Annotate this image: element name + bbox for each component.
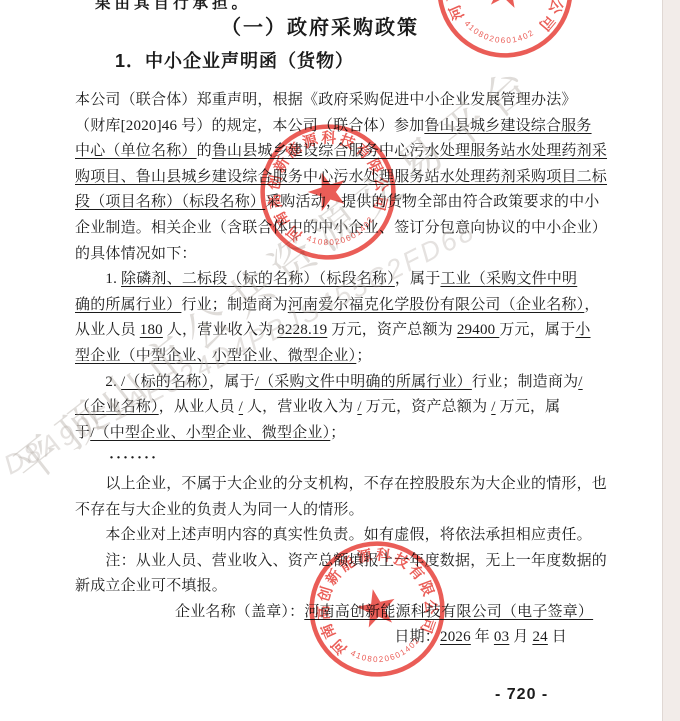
static-text: 本公司（联合体）郑重声明，根据《政府采购促进中小企业发展管理办法》: [75, 92, 577, 108]
filled-field-text: 中心（单位名称）: [75, 143, 197, 159]
static-text: ；: [330, 425, 345, 441]
static-text: 年: [471, 629, 494, 645]
document-page: 平顶山市公共资源交易平台 D8A90E1AE524D4PBJS455C2FD68…: [0, 0, 680, 721]
body-line: 于/（中型企业、小型企业、微型企业）；: [75, 421, 567, 447]
filled-field-text: 除磷剂、二标段（标的名称）（标段名称）: [121, 271, 395, 287]
static-text: 于: [75, 425, 90, 441]
static-text: 2.: [75, 374, 121, 390]
filled-field-text: 180: [140, 322, 163, 338]
filled-field-text: （企业名称）: [75, 399, 159, 415]
body-line: 以上企业，不属于大企业的分支机构，不存在控股股东为大企业的情形，也: [75, 472, 567, 498]
filled-field-text: /（标的名称）: [121, 374, 209, 390]
filled-field-text: 段（项目名称）（标段名称）: [75, 194, 265, 210]
star-icon: [303, 167, 351, 214]
static-text: 行业；制造商为: [472, 374, 578, 390]
star-icon: [484, 0, 527, 9]
filled-field-text: /: [578, 374, 582, 390]
static-text: 不存在与大企业的负责人为同一人的情形。: [75, 502, 364, 518]
body-line: 本公司（联合体）郑重声明，根据《政府采购促进中小企业发展管理办法》: [75, 88, 567, 114]
static-text: 万元，资产总额为: [362, 399, 492, 415]
static-text: 月: [509, 629, 532, 645]
seal-number-text: 4108020601402: [303, 213, 380, 256]
static-text: 万元，属: [496, 399, 561, 415]
static-text: 从业人员: [75, 322, 140, 338]
star-icon: [354, 585, 399, 629]
filled-field-text: 工业（采购文件中明: [440, 271, 577, 287]
body-line: 型企业（中型企业、小型企业、微型企业）；: [75, 344, 567, 370]
static-text: 行业；制造商为: [181, 297, 287, 313]
body-line: 从业人员 180 人，营业收入为 8228.19 万元，资产总额为 29400 …: [75, 318, 567, 344]
static-text: ；: [356, 348, 371, 364]
filled-field-text: 29400: [457, 322, 499, 338]
static-text: 1.: [75, 271, 121, 287]
filled-field-text: /（中型企业、小型企业、微型企业）: [90, 425, 330, 441]
company-seal-top: 河南高创新能源科技有限公司4108020601402: [419, 0, 591, 76]
body-line: （企业名称），从业人员 / 人，营业收入为 / 万元，资产总额为 / 万元，属: [75, 395, 567, 421]
static-text: ，属于: [395, 271, 441, 287]
body-line: 确的所属行业）行业；制造商为河南爱尔福克化学股份有限公司（企业名称），: [75, 293, 567, 319]
static-text: 新成立企业可不填报。: [75, 578, 227, 594]
filled-field-text: 24: [532, 629, 547, 645]
static-text: ·······: [75, 450, 158, 466]
static-text: ，: [584, 297, 599, 313]
static-text: 以上企业，不属于大企业的分支机构，不存在控股股东为大企业的情形，也: [75, 476, 607, 492]
static-text: 人，营业收入为: [243, 399, 357, 415]
filled-field-text: 确的所属行业）: [75, 297, 181, 313]
body-line: 2. /（标的名称），属于/（采购文件中明确的所属行业）行业；制造商为/: [75, 370, 567, 396]
static-text: 日: [548, 629, 567, 645]
filled-field-text: 型企业（中型企业、小型企业、微型企业）: [75, 348, 356, 364]
viewer-right-gutter: [662, 0, 680, 721]
body-line: 不存在与大企业的负责人为同一人的情形。: [75, 498, 567, 524]
static-text: 企业名称（盖章）：: [175, 604, 304, 620]
static-text: ，从业人员: [159, 399, 239, 415]
filled-field-text: 小: [575, 322, 590, 338]
filled-field-text: /（采购文件中明确的所属行业）: [255, 374, 472, 390]
static-text: 万元，属于: [499, 322, 575, 338]
static-text: ，属于: [209, 374, 255, 390]
company-seal-bottom: 河南高创新能源科技有限公司4108020601402: [287, 519, 467, 699]
static-text: 万元，资产总额为: [327, 322, 457, 338]
filled-field-text: 03: [494, 629, 509, 645]
static-text: 的: [197, 143, 212, 159]
filled-field-text: 鲁山县城乡建设综合服务: [424, 118, 591, 134]
filled-field-text: 8228.19: [277, 322, 327, 338]
page-number: - 720 -: [495, 686, 548, 704]
filled-field-text: 河南爱尔福克化学股份有限公司（企业名称）: [288, 297, 585, 313]
body-line: ·······: [75, 446, 567, 472]
document-title: 1．中小企业声明函（货物）: [115, 47, 354, 73]
static-text: 的具体情况如下：: [75, 246, 197, 262]
static-text: 人，营业收入为: [163, 322, 277, 338]
